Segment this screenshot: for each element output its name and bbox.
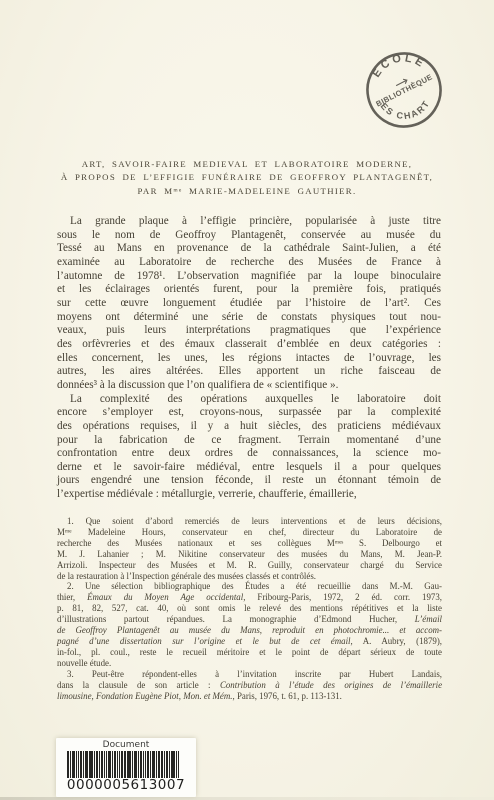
footnote-3: 3. Peut-être répondent-elles à l’invitat… bbox=[57, 669, 442, 702]
barcode-bars bbox=[67, 751, 185, 778]
body-paragraph-1: La grande plaque à l’effigie princière, … bbox=[57, 215, 441, 393]
body-paragraph-2: La complexité des opérations auxquelles … bbox=[57, 393, 441, 502]
title-line-3: PAR Mᵐᵉ MARIE-MADELEINE GAUTHIER. bbox=[0, 185, 494, 198]
title-line-2: À PROPOS DE L’EFFIGIE FUNÉRAIRE DE GEOFF… bbox=[0, 171, 494, 184]
document-page: ECOLE DES CHARTES BIBLIOTHÈQUE ART, SAVO… bbox=[0, 0, 494, 800]
footnote-2: 2. Une sélection bibliographique des Étu… bbox=[57, 581, 442, 668]
article-title: ART, SAVOIR-FAIRE MEDIEVAL ET LABORATOIR… bbox=[0, 158, 494, 198]
title-line-1: ART, SAVOIR-FAIRE MEDIEVAL ET LABORATOIR… bbox=[0, 158, 494, 171]
footnote-1: 1. Que soient d’abord remerciés de leurs… bbox=[57, 516, 442, 581]
library-stamp: ECOLE DES CHARTES BIBLIOTHÈQUE bbox=[356, 42, 452, 138]
barcode-number: 0000005613007 bbox=[56, 778, 196, 793]
barcode-label: Document bbox=[56, 740, 196, 750]
barcode-sticker: Document 0000005613007 bbox=[56, 738, 196, 797]
article-body: La grande plaque à l’effigie princière, … bbox=[57, 215, 441, 502]
footnotes: 1. Que soient d’abord remerciés de leurs… bbox=[57, 516, 442, 701]
